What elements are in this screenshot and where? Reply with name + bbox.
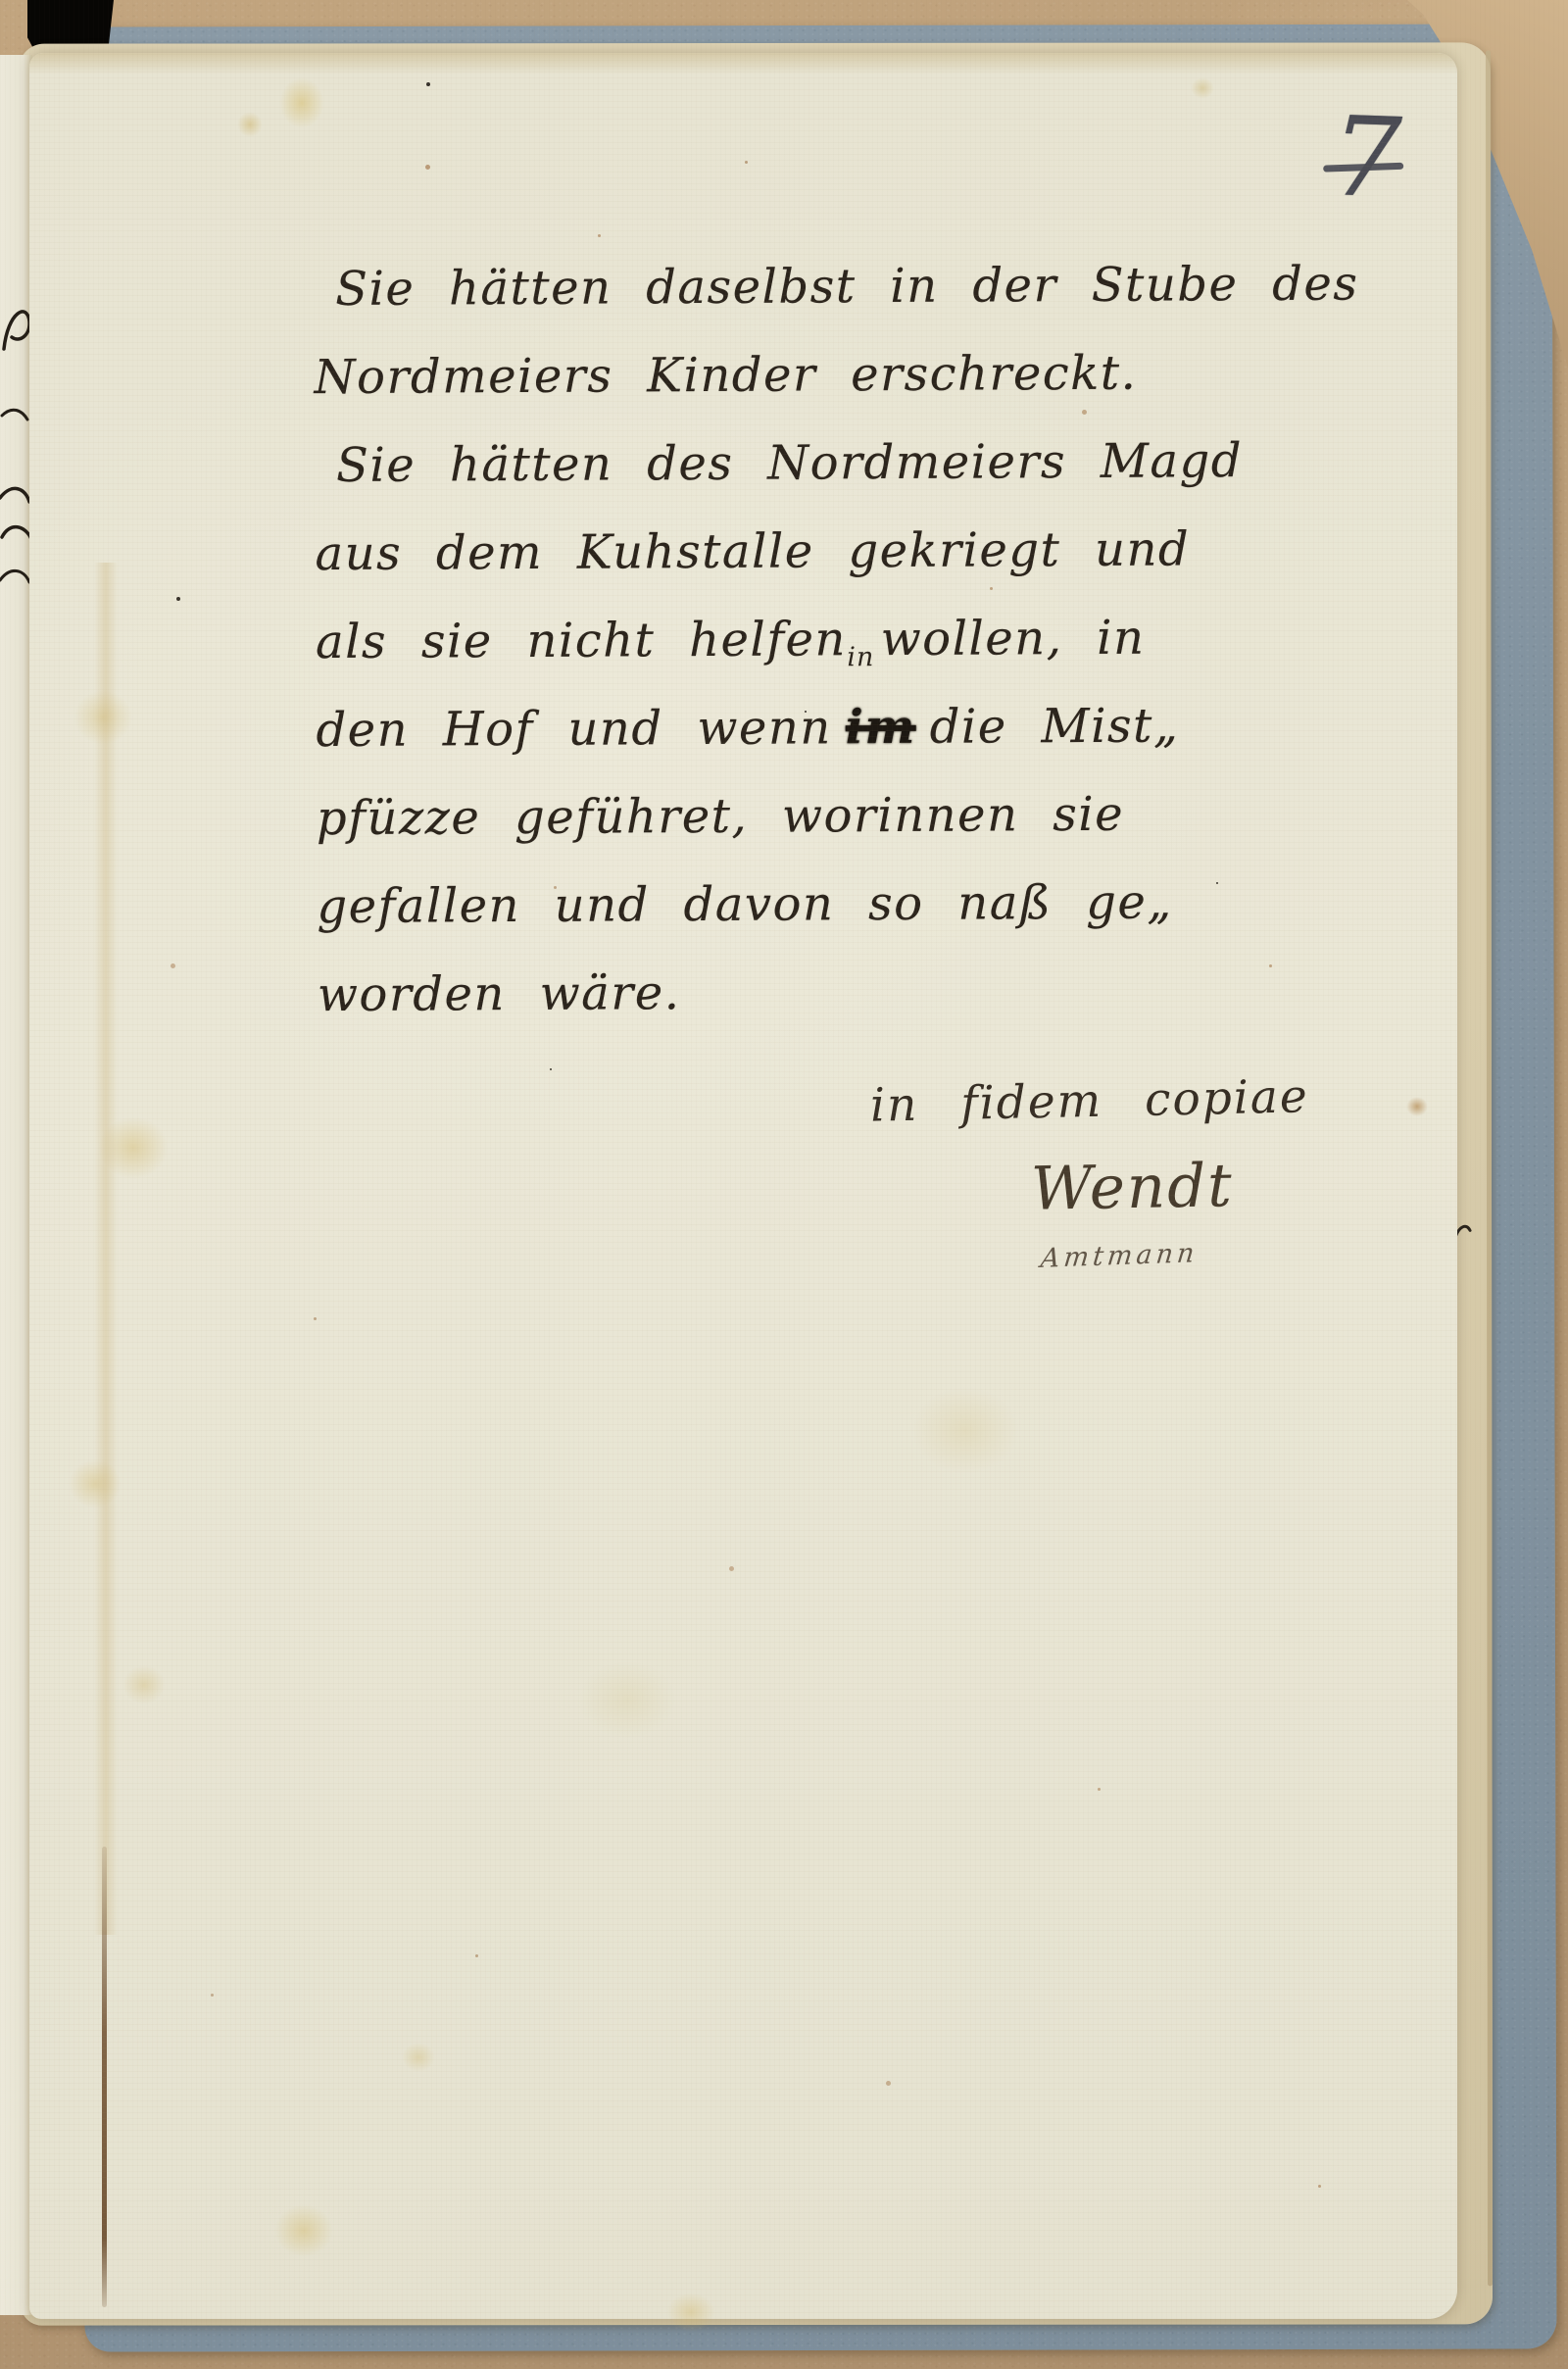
stain [402, 2043, 435, 2072]
scanned-manuscript: 7 Sie hätten daselbst in der Stube des N… [0, 0, 1568, 2369]
manuscript-line: aus dem Kuhstalle gekriegt und [315, 504, 1471, 598]
fold-crease [94, 563, 118, 1935]
stain [1191, 77, 1214, 99]
manuscript-line-with-correction: den Hof und wennimindie Mist„ [316, 680, 1472, 774]
page-number-digit: 7 [1330, 102, 1442, 216]
manuscript-line: gefallen und davon so naß ge„ [317, 857, 1473, 951]
stain [578, 1660, 676, 1739]
ink-specks [29, 53, 33, 57]
inserted-word: in [847, 644, 874, 670]
page-top-edge [29, 53, 1457, 74]
manuscript-line: Sie hätten des Nordmeiers Magd [315, 416, 1471, 510]
manuscript-line: worden wäre. [318, 945, 1474, 1039]
manuscript-line: pfüzze geführet, worinnen sie [317, 768, 1473, 863]
manuscript-line: Nordmeiers Kinder erschreckt. [314, 327, 1470, 421]
facing-page-sliver [0, 55, 32, 2315]
manuscript-line: Sie hätten daselbst in der Stube des [314, 239, 1470, 333]
stain [279, 77, 324, 128]
fold-crease-shadow [102, 1847, 107, 2307]
signature-title: Amtmann [1039, 1238, 1200, 1274]
stain [122, 1665, 166, 1704]
signature: Wendt [1030, 1151, 1234, 1224]
stain [237, 112, 263, 137]
struck-word: imin [845, 683, 916, 771]
page-number: 7 [1329, 102, 1442, 243]
manuscript-page: 7 Sie hätten daselbst in der Stube des N… [29, 53, 1457, 2319]
attestation-line: in fidem copiae [869, 1069, 1309, 1132]
stain [1406, 1097, 1428, 1116]
stain [274, 2204, 333, 2257]
manuscript-line: als sie nicht helfen wollen, in [316, 592, 1472, 686]
handwritten-text-block: Sie hätten daselbst in der Stube des Nor… [314, 239, 1474, 1039]
stain [911, 1386, 1019, 1474]
